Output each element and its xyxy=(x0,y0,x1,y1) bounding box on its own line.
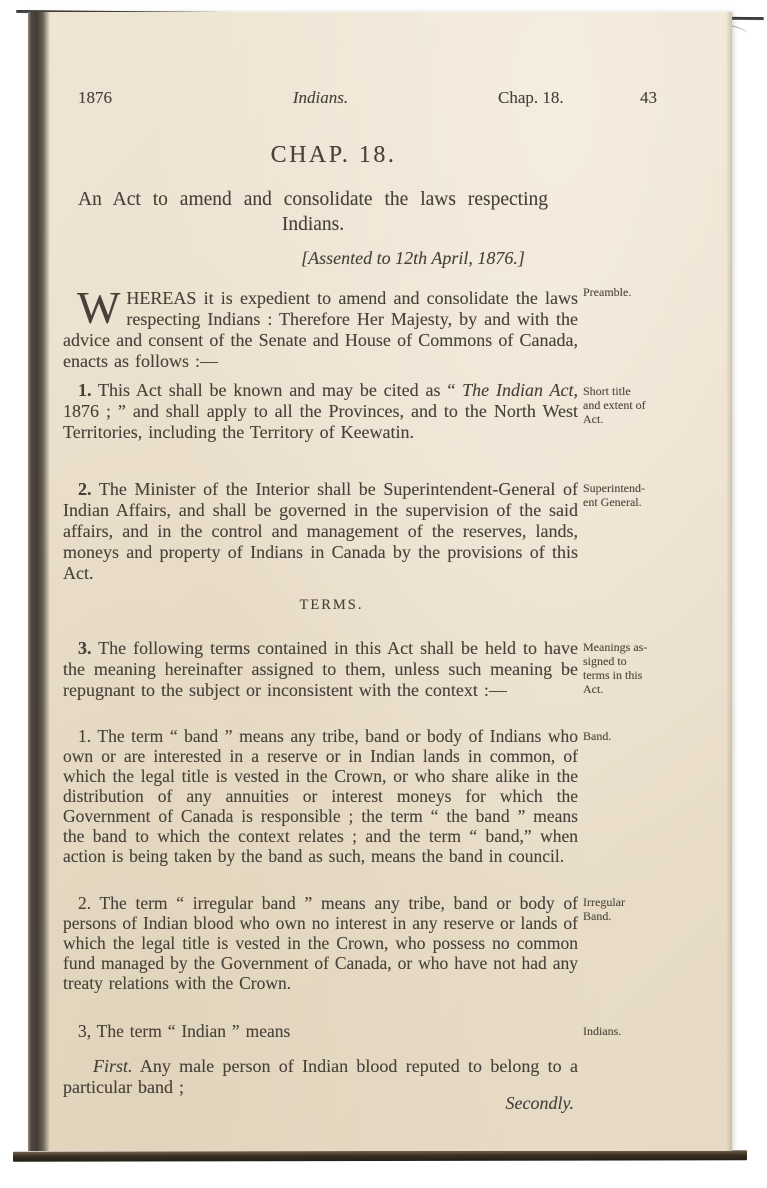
term-2-irregular-band-margin-note-line: Irregular xyxy=(583,895,723,909)
drop-cap: W xyxy=(63,288,126,326)
section-1-short-title-margin-note: Short titleand extent ofAct. xyxy=(583,384,723,426)
section-3-meanings-margin-note: Meanings as-signed toterms in thisAct. xyxy=(583,640,723,696)
preamble: WHEREAS it is expedient to amend and con… xyxy=(63,288,578,372)
section-2-superintendent-general-text: The Minister of the Interior shall be Su… xyxy=(63,479,578,583)
term-2-irregular-band: 2. The term “ irregular band ” means any… xyxy=(63,893,578,993)
section-2-superintendent-general: 2. The Minister of the Interior shall be… xyxy=(63,479,578,584)
preamble-margin-note: Preamble. xyxy=(583,285,723,299)
term-3-indian-text: 3, The term “ Indian ” means xyxy=(78,1021,290,1041)
section-3-meanings-text: 3. xyxy=(78,638,92,658)
terms-heading: TERMS. xyxy=(63,595,578,616)
term-3-indian-margin-note: Indians. xyxy=(583,1024,723,1038)
term-2-irregular-band-margin-note-line: Band. xyxy=(583,909,723,923)
section-3-meanings-margin-note-line: terms in this xyxy=(583,668,723,682)
section-2-superintendent-general-margin-note-line: Superintend- xyxy=(583,481,723,495)
section-3-meanings-margin-note-line: Meanings as- xyxy=(583,640,723,654)
clause-first: First. Any male person of Indian blood r… xyxy=(63,1056,578,1098)
term-1-band: 1. The term “ band ” means any tribe, ba… xyxy=(63,726,578,866)
scan-edge-bottom xyxy=(13,1150,747,1162)
scanned-book-page: { "colors": { "paper": "#ebe0cd", "ink":… xyxy=(0,0,767,1188)
section-1-short-title-margin-note-line: Act. xyxy=(583,412,723,426)
clause-first-text: First. xyxy=(93,1056,133,1076)
section-1-short-title: 1. This Act shall be known and may be ci… xyxy=(63,380,578,443)
book-page: 1876 Indians. Chap. 18. 43 CHAP. 18. An … xyxy=(28,12,732,1151)
term-3-indian: 3, The term “ Indian ” means xyxy=(63,1021,578,1041)
section-1-short-title-text: The Indian Act xyxy=(462,380,573,400)
section-3-meanings-margin-note-line: Act. xyxy=(583,682,723,696)
sections: WHEREAS it is expedient to amend and con… xyxy=(28,12,732,1151)
section-1-short-title-text: 1. xyxy=(78,380,92,400)
section-1-short-title-margin-note-line: and extent of xyxy=(583,398,723,412)
section-2-superintendent-general-text: 2. xyxy=(78,479,92,499)
section-3-meanings: 3. The following terms contained in this… xyxy=(63,638,578,701)
term-1-band-margin-note-line: Band. xyxy=(583,729,723,743)
catchword-text: Secondly. xyxy=(506,1093,574,1113)
preamble-margin-note-line: Preamble. xyxy=(583,285,723,299)
term-1-band-text: 1. The term “ band ” means any tribe, ba… xyxy=(63,726,578,866)
terms-heading-text: TERMS. xyxy=(300,597,364,613)
catchword: Secondly. xyxy=(63,1093,578,1114)
preamble-text: HEREAS it is expedient to amend and cons… xyxy=(63,288,578,371)
section-1-short-title-margin-note-line: Short title xyxy=(583,384,723,398)
term-2-irregular-band-margin-note: IrregularBand. xyxy=(583,895,723,923)
section-3-meanings-margin-note-line: signed to xyxy=(583,654,723,668)
term-3-indian-margin-note-line: Indians. xyxy=(583,1024,723,1038)
term-2-irregular-band-text: 2. The term “ irregular band ” means any… xyxy=(63,893,578,993)
section-1-short-title-text: This Act shall be known and may be cited… xyxy=(92,380,463,400)
section-3-meanings-text: The following terms contained in this Ac… xyxy=(63,638,578,700)
term-1-band-margin-note: Band. xyxy=(583,729,723,743)
clause-first-text: Any male person of Indian blood reputed … xyxy=(63,1056,578,1097)
section-2-superintendent-general-margin-note-line: ent General. xyxy=(583,495,723,509)
section-2-superintendent-general-margin-note: Superintend-ent General. xyxy=(583,481,723,509)
